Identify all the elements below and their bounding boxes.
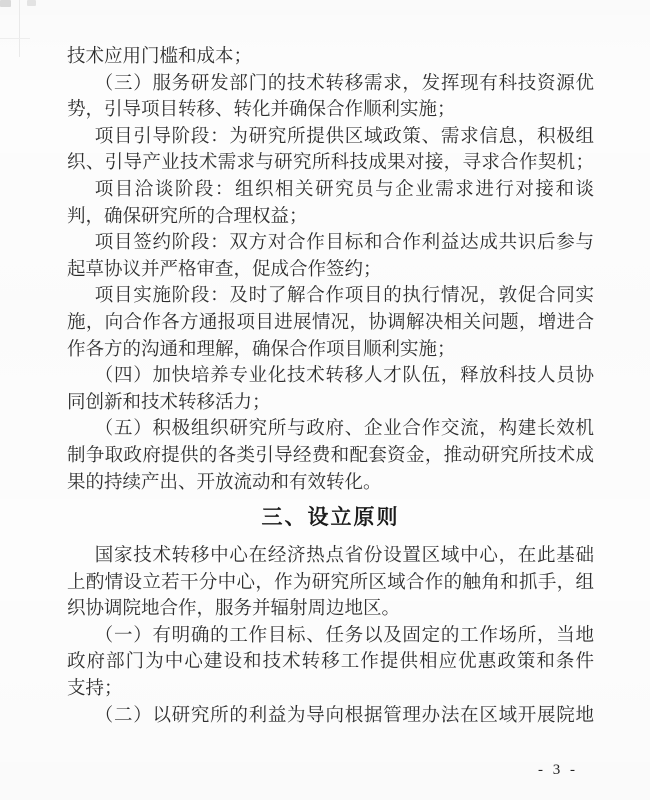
text-line: 支持； [67,676,594,703]
scanned-document-page: 技术应用门槛和成本； （三）服务研发部门的技术转移需求，发挥现有科技资源优 势，… [0,0,650,800]
section-heading: 三、设立原则 [67,505,594,531]
text-line: 起草协议并严格审查，促成合作签约； [67,257,594,284]
text-line: （一）有明确的工作目标、任务以及固定的工作场所，当地 [67,623,594,650]
text-line: 项目引导阶段：为研究所提供区域政策、需求信息，积极组 [67,124,594,151]
text-line: 项目实施阶段：及时了解合作项目的执行情况，敦促合同实 [67,283,594,310]
text-line: 国家技术转移中心在经济热点省份设置区域中心，在此基础 [67,543,594,570]
text-line: 判，确保研究所的合理权益； [67,204,594,231]
text-line: 上酌情设立若干分中心，作为研究所区域合作的触角和抓手，组 [67,570,594,597]
text-line: 项目签约阶段：双方对合作目标和合作利益达成共识后参与 [67,230,594,257]
text-line: （三）服务研发部门的技术转移需求，发挥现有科技资源优 [67,71,594,98]
text-line: 项目洽谈阶段：组织相关研究员与企业需求进行对接和谈 [67,177,594,204]
text-line: 势，引导项目转移、转化并确保合作顺利实施； [67,97,594,124]
text-line: 同创新和技术转移活力； [67,390,594,417]
scan-artifact-speck [27,0,36,6]
page-number: - 3 - [538,762,578,779]
text-line: 织、引导产业技术需求与研究所科技成果对接，寻求合作契机； [67,150,594,177]
scan-artifact-line [19,0,20,57]
text-line: 果的持续产出、开放流动和有效转化。 [67,470,594,497]
document-body: 技术应用门槛和成本； （三）服务研发部门的技术转移需求，发挥现有科技资源优 势，… [67,44,594,729]
text-line: 技术应用门槛和成本； [67,44,594,71]
text-line: （二）以研究所的利益为导向根据管理办法在区域开展院地 [67,703,594,730]
text-line: 织协调院地合作，服务并辐射周边地区。 [67,596,594,623]
text-line: （五）积极组织研究所与政府、企业合作交流，构建长效机 [67,416,594,443]
text-line: 制争取政府提供的各类引导经费和配套资金，推动研究所技术成 [67,443,594,470]
text-line: 施，向合作各方通报项目进展情况，协调解决相关问题，增进合 [67,310,594,337]
text-line: （四）加快培养专业化技术转移人才队伍，释放科技人员协 [67,363,594,390]
scan-artifact-line [0,38,30,39]
text-line: 作各方的沟通和理解，确保合作项目顺利实施； [67,337,594,364]
scan-artifact-speck [0,0,11,7]
text-line: 政府部门为中心建设和技术转移工作提供相应优惠政策和条件 [67,649,594,676]
